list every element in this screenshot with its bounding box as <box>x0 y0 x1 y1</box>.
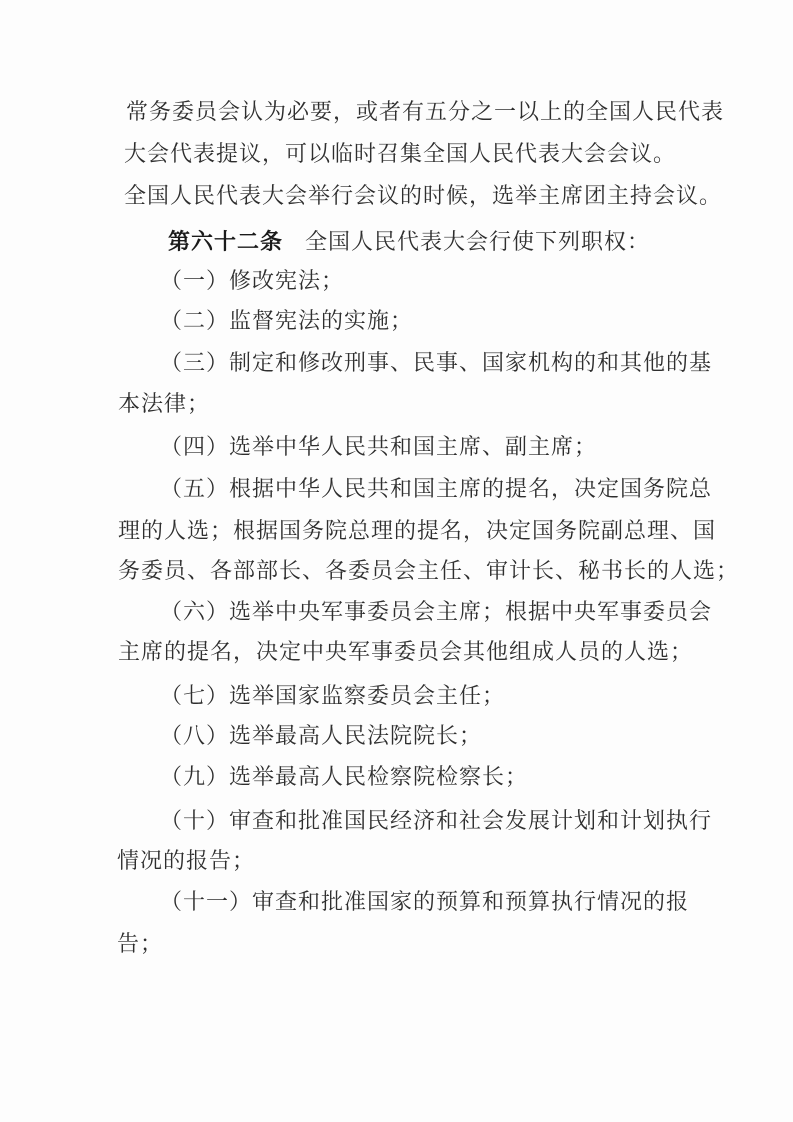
list-item: （十）审查和批准国民经济和社会发展计划和计划执行 <box>160 810 712 834</box>
list-item: （二）监督宪法的实施； <box>160 310 413 334</box>
list-item-continuation: 务委员、各部部长、各委员会主任、审计长、秘书长的人选； <box>118 560 739 584</box>
list-item: （五）根据中华人民共和国主席的提名，决定国务院总 <box>160 478 712 502</box>
list-item: （一）修改宪法； <box>160 270 344 294</box>
paragraph-line: 常务委员会认为必要，或者有五分之一以上的全国人民代表 <box>126 101 724 125</box>
list-item: （六）选举中央军事委员会主席；根据中央军事委员会 <box>160 601 712 625</box>
list-item-continuation: 理的人选；根据国务院总理的提名，决定国务院副总理、国 <box>118 520 716 544</box>
list-item: （四）选举中华人民共和国主席、副主席； <box>160 436 597 460</box>
list-item: （三）制定和修改刑事、民事、国家机构的和其他的基 <box>160 352 712 376</box>
list-item-continuation: 情况的报告； <box>117 850 255 874</box>
list-item: （九）选举最高人民检察院检察长； <box>160 766 528 790</box>
article-heading-text: 全国人民代表大会行使下列职权： <box>305 230 650 255</box>
list-item: （十一）审查和批准国家的预算和预算执行情况的报 <box>160 891 689 915</box>
article-heading: 第六十二条全国人民代表大会行使下列职权： <box>168 230 650 254</box>
list-item: （八）选举最高人民法院院长； <box>160 725 482 749</box>
list-item: （七）选举国家监察委员会主任； <box>160 685 505 709</box>
paragraph-line: 全国人民代表大会举行会议的时候，选举主席团主持会议。 <box>124 185 722 209</box>
list-item-continuation: 告； <box>117 933 163 957</box>
document-page: 常务委员会认为必要，或者有五分之一以上的全国人民代表 大会代表提议，可以临时召集… <box>0 0 793 1122</box>
article-number: 第六十二条 <box>168 229 283 255</box>
list-item-continuation: 主席的提名，决定中央军事委员会其他组成人员的人选； <box>118 641 693 665</box>
paragraph-line: 大会代表提议，可以临时召集全国人民代表大会会议。 <box>124 143 676 167</box>
list-item-continuation: 本法律； <box>118 393 210 417</box>
